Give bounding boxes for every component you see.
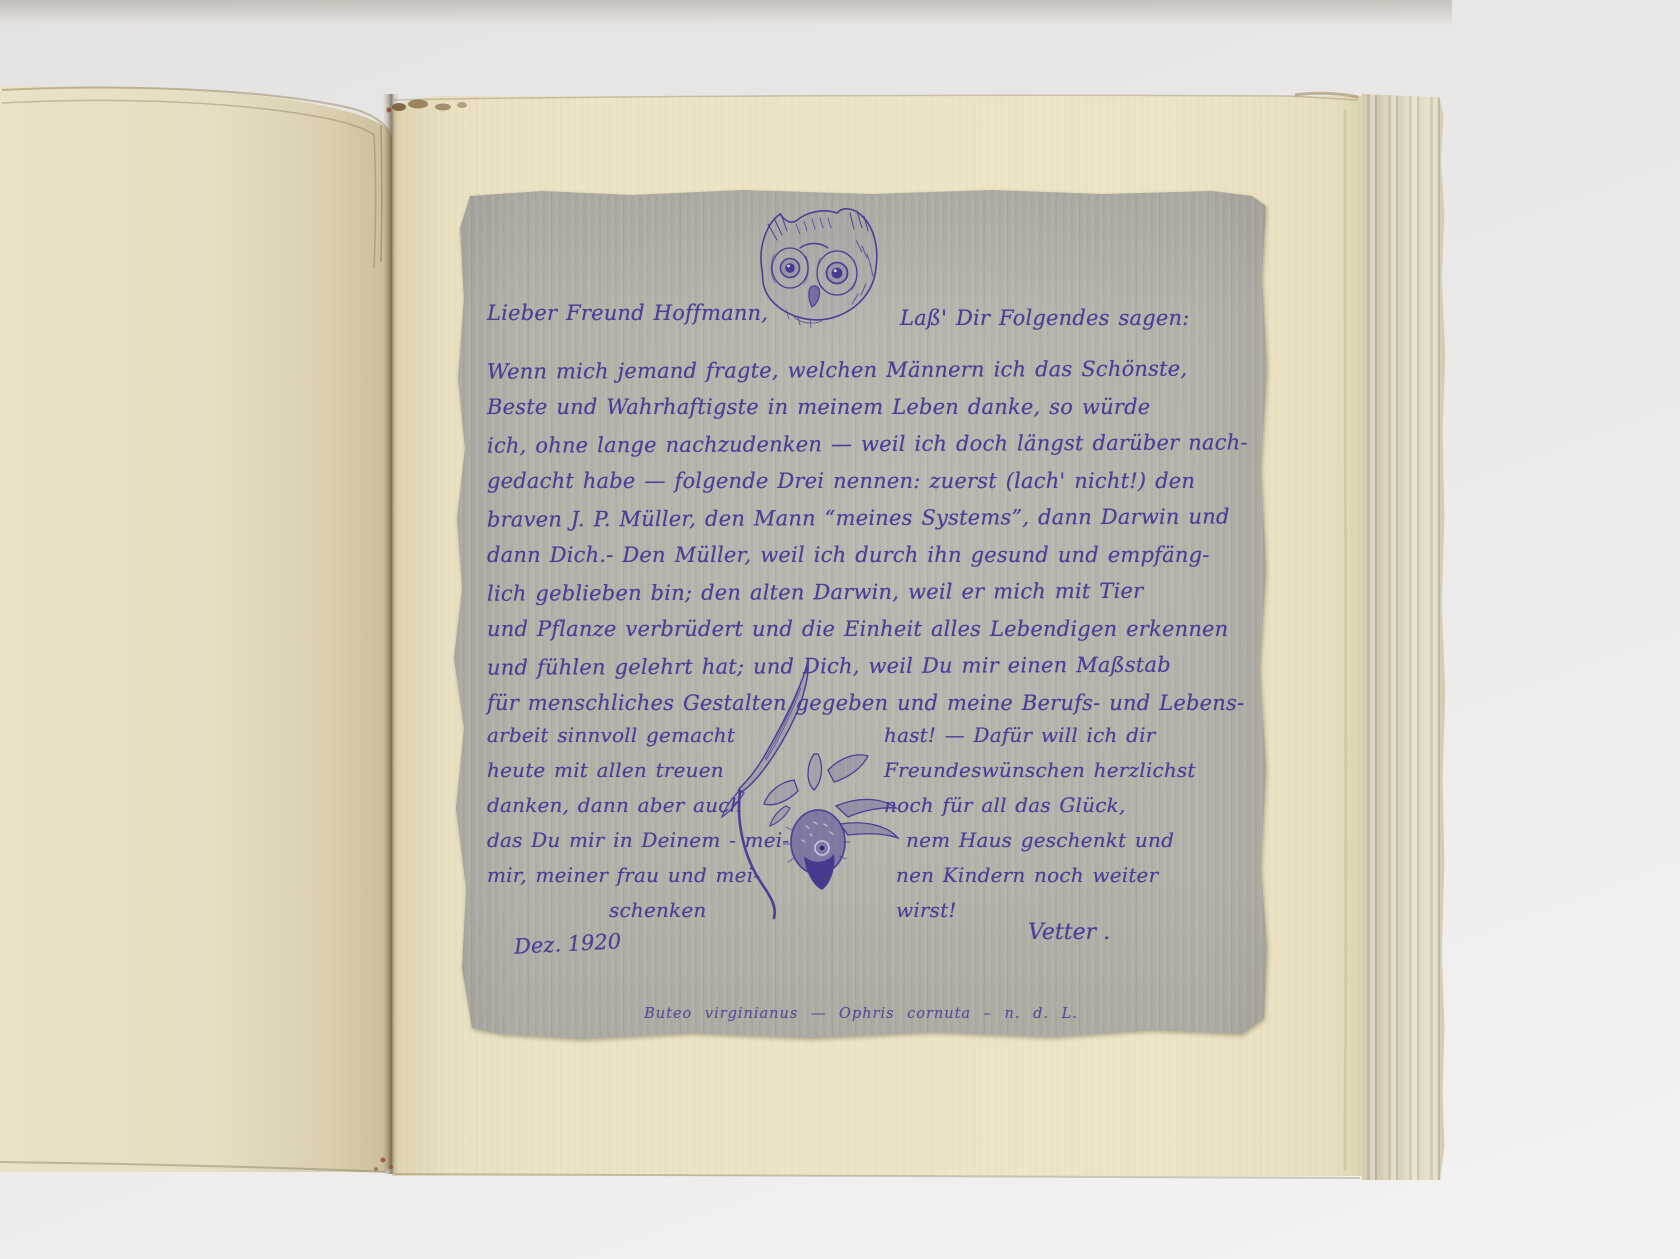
handwriting-line: arbeit sinnvoll gemacht [487,718,789,753]
letter-left-column: arbeit sinnvoll gemachtheute mit allen t… [487,718,789,928]
handwriting-line: gedacht habe — folgende Drei nennen: zue… [487,463,1248,500]
handwriting-line: Beste und Wahrhaftigste in meinem Leben … [487,389,1248,426]
handwriting-line: noch für all das Glück, [884,788,1196,823]
handwriting-line: und Pflanze verbrüdert und die Einheit a… [487,611,1248,648]
handwriting-line: und fühlen gelehrt hat; und Dich, weil D… [487,646,1248,686]
handwriting-line: das Du mir in Deinem - mei- [487,823,789,858]
handwriting-line: Freundeswünschen herzlichst [884,753,1196,788]
handwriting-line: lich geblieben bin; den alten Darwin, we… [487,572,1248,612]
specimen-caption: Buteo virginianus — Ophris cornuta – n. … [452,1006,1270,1022]
page-stack-deckle-edge [1362,94,1446,1180]
book-gutter [383,94,399,1174]
handwriting-line: heute mit allen treuen [487,753,789,788]
book-left-page [0,86,392,1172]
letter-sheet: Lieber Freund Hoffmann, Laß' Dir Folgend… [452,188,1270,1040]
letter-body: Wenn mich jemand fragte, welchen Männern… [487,352,1248,722]
handwriting-line: nen Kindern noch weiter [896,858,1196,893]
handwriting-line: dann Dich.- Den Müller, weil ich durch i… [487,537,1248,574]
letter-signature: Vetter . [1028,920,1110,945]
handwriting-line: nem Haus geschenkt und [906,823,1196,858]
photograph-open-guestbook: Lieber Freund Hoffmann, Laß' Dir Folgend… [0,0,1680,1259]
letter-sheet-wrapper: Lieber Freund Hoffmann, Laß' Dir Folgend… [452,188,1270,1040]
handwriting-line: braven J. P. Müller, den Mann “meines Sy… [487,498,1248,538]
greeting: Lieber Freund Hoffmann, [487,301,768,325]
handwriting-line: für menschliches Gestalten gegeben und m… [487,685,1248,722]
greeting-continuation: Laß' Dir Folgendes sagen: [900,306,1189,330]
handwriting-line: schenken [609,893,789,928]
handwriting-line: mir, meiner frau und mei- [487,858,789,893]
handwriting-line: danken, dann aber auch [487,788,789,823]
handwriting-line: hast! — Dafür will ich dir [884,718,1196,753]
handwriting-line: Wenn mich jemand fragte, welchen Männern… [487,350,1248,390]
letter-right-column: hast! — Dafür will ich dirFreundeswünsch… [884,718,1196,928]
handwriting-line: ich, ohne lange nachzudenken — weil ich … [487,424,1248,464]
letter-date: Dez. 1920 [513,929,621,959]
book-bottom-shadow [0,0,1452,26]
